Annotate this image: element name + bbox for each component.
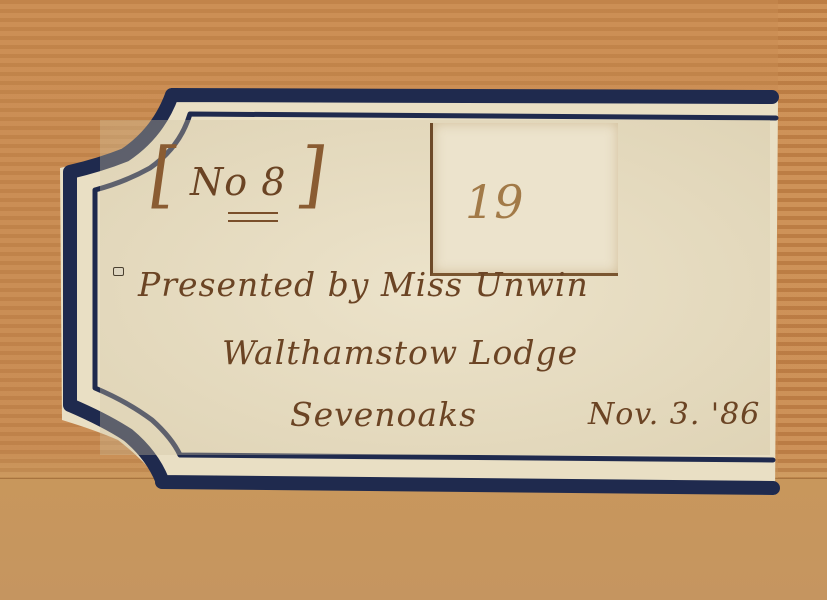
- town-line: Sevenoaks: [290, 395, 477, 434]
- catalog-number-underline: [228, 212, 278, 222]
- date-text: Nov. 3. '86: [588, 397, 760, 432]
- donor-line: Presented by Miss Unwin: [138, 265, 589, 304]
- pin-hole: [113, 267, 124, 276]
- number-sticker: [430, 123, 618, 276]
- address-line: Walthamstow Lodge: [222, 333, 578, 372]
- catalog-number: No 8: [190, 160, 286, 204]
- sticker-number: 19: [465, 175, 524, 229]
